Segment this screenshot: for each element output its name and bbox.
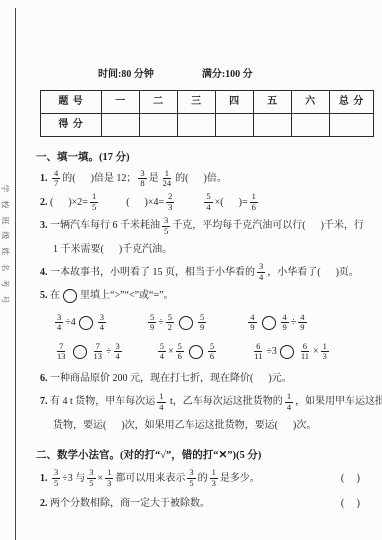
fraction: 56 [208,342,216,363]
section1-title: 一、填一填。(17 分) [36,151,374,165]
section1-questions: 1. 47的( )倍是 12；38是124的( )倍。2. ( )×2=15( … [40,169,374,436]
judge-answer-blank: ( ) [341,497,374,511]
fraction: 713 [92,342,105,363]
fraction: 35 [162,216,170,237]
text-run: ÷ [158,316,164,330]
question-line: 货物，要运( )次，如果用乙车运这批货物，要运( )次。 [40,415,374,435]
text-run: × [168,345,174,359]
time-label: 时间:80 分钟 [98,68,154,82]
fraction-denominator: 4 [157,403,165,413]
text-run: 5. [40,289,50,303]
text-run: 倍。 [207,172,227,186]
column-header: 一 [102,90,140,113]
text-run: ÷ [291,316,297,330]
fraction-denominator: 4 [285,403,293,413]
text-run: 的 [198,472,208,486]
comparison-circle [179,316,193,330]
score-cell [102,113,140,136]
margin-character: 号 [0,293,9,305]
column-header: 三 [178,90,216,113]
fraction-denominator: 4 [158,352,166,362]
comparison-circle [280,345,294,359]
fraction-denominator: 3 [105,479,113,489]
text-run: 都可以用来表示 [115,472,185,486]
fraction: 49 [298,313,306,334]
question-line: 2. 两个分数相除，商一定大于被除数。( ) [40,493,374,515]
score-cell [292,113,330,136]
section2-title: 二、数学小法官。(对的打“√”，错的打“✕”)(5 分) [36,449,374,463]
text-run: 6. [40,372,50,386]
score-label: 得 分 [41,113,102,136]
text-run: 一本故事书，小明看了 15 页，相当于小华看的 [50,266,255,280]
text-run: 1. [40,472,50,486]
margin-character: 级 [0,230,9,242]
fraction: 34 [98,313,106,334]
fraction: 54 [158,342,166,363]
score-cell [254,113,292,136]
score-row: 得 分 [41,113,374,136]
text-run: ×2= [72,196,88,210]
question-line: 1. 47的( )倍是 12；38是124的( )倍。 [40,169,374,190]
column-header: 总 分 [330,90,374,113]
fraction-denominator: 6 [176,352,184,362]
column-header: 六 [292,90,330,113]
answer-blank: ( ) [250,372,272,386]
text-run: 4. [40,266,50,280]
question-line: 713713÷3454×5656611÷3611×13 [40,340,374,364]
question-line: 3. 一辆汽车每行 6 千米耗油35千克，平均每千克汽油可以行( )千米，行 [40,216,374,237]
margin-character: 学 [0,182,9,194]
score-cell [140,113,178,136]
text-run: 两个分数相除，商一定大于被除数。 [50,497,210,511]
text-run: 在 [50,289,60,303]
text-run: ÷3 [266,345,277,359]
fraction-denominator: 4 [98,323,106,333]
text-run: 的 [175,172,185,186]
question-line: 5. 在里填上“>”“<”或“=”。 [40,286,374,306]
text-run: ÷4 [65,316,76,330]
text-run: 元。 [272,372,292,386]
fraction: 35 [52,468,60,489]
text-run: 2. [40,196,50,210]
fraction: 14 [285,392,293,413]
text-run: 货物，要运 [53,419,103,433]
comparison-circle [189,345,203,359]
fraction-denominator: 5 [52,479,60,489]
fraction-denominator: 7 [52,179,60,189]
fraction: 35 [187,468,195,489]
text-run: 1 千米需要 [53,243,101,257]
fraction-numerator: 1 [157,392,165,403]
binding-line [15,8,16,540]
fraction: 611 [252,342,264,363]
text-run: 一辆汽车每行 6 千米耗油 [50,219,160,233]
text-run: ，小华看了 [267,266,317,280]
score-table: 题 号一二三四五六总 分得 分 [40,90,374,137]
fraction: 35 [87,468,95,489]
column-header: 二 [140,90,178,113]
text-run: 1. [40,172,50,186]
text-run: × [313,345,319,359]
judge-answer-blank: ( ) [341,472,374,486]
fraction-denominator: 13 [92,352,105,362]
text-run: 千克汽油。 [122,243,172,257]
fraction: 56 [176,342,184,363]
fraction-denominator: 4 [257,273,265,283]
fraction-denominator: 11 [299,352,311,362]
comparison-circle [262,316,276,330]
text-run: 7. [40,395,50,409]
column-header: 五 [254,90,292,113]
text-run: 页。 [339,266,359,280]
fraction: 124 [161,169,174,190]
text-run: 的 [62,172,72,186]
margin-character: 姓 [0,246,9,258]
answer-blank: ( ) [185,172,207,186]
fraction-denominator: 9 [281,323,289,333]
fraction: 13 [321,342,329,363]
exam-page: 学校班级姓名考号 时间:80 分钟 满分:100 分 题 号一二三四五六总 分得… [0,0,382,540]
binding-margin-text: 学校班级姓名考号 [0,178,12,309]
fraction-denominator: 5 [90,203,98,213]
fraction: 34 [257,262,265,283]
margin-character: 名 [0,261,9,273]
text-run: 3. [40,219,50,233]
text-run: 千克，平均每千克汽油可以行 [172,219,302,233]
score-cell [178,113,216,136]
fraction-denominator: 3 [321,352,329,362]
text-run: = [242,196,248,210]
exam-meta: 时间:80 分钟 满分:100 分 [40,68,374,82]
text-run: 2. [40,497,50,511]
fraction: 49 [248,313,256,334]
fraction-denominator: 2 [166,323,174,333]
comparison-circle [63,289,77,303]
fraction-denominator: 5 [187,479,195,489]
fraction: 34 [114,342,122,363]
answer-blank: ( ) [50,196,72,210]
question-line: 34÷43459÷52594949÷49 [40,311,374,335]
text-run: 倍是 12； [94,172,137,186]
fraction: 59 [198,313,206,334]
fraction-denominator: 11 [252,352,264,362]
question-line: 6. 一种商品原价 200 元，现在打七折，现在降价( )元。 [40,369,374,389]
section2-questions: 1. 35÷3 与35×13都可以用来表示35的13是多少。( )2. 两个分数… [40,468,374,515]
answer-blank: ( ) [126,196,148,210]
question-number-label: 题 号 [41,90,102,113]
fraction-denominator: 9 [298,323,306,333]
answer-blank: ( ) [72,172,94,186]
column-header: 四 [216,90,254,113]
fraction: 14 [157,392,165,413]
fraction-denominator: 6 [250,203,258,213]
text-run: ×4= [148,196,164,210]
fraction: 38 [138,169,146,190]
comparison-circle [79,316,93,330]
section-true-false: 二、数学小法官。(对的打“√”，错的打“✕”)(5 分) 1. 35÷3 与35… [40,449,374,514]
fraction: 16 [250,192,258,213]
answer-blank: ( ) [101,243,123,257]
fraction-denominator: 9 [148,323,156,333]
fraction: 13 [105,468,113,489]
text-run: t，乙车每次运这批货物的 [168,395,283,409]
fraction: 13 [210,468,218,489]
text-run: ÷3 与 [62,472,85,486]
score-table-header-row: 题 号一二三四五六总 分 [41,90,374,113]
fraction: 59 [148,313,156,334]
question-line: 4. 一本故事书，小明看了 15 页，相当于小华看的34，小华看了( )页。 [40,262,374,283]
fraction: 15 [90,192,98,213]
margin-character: 班 [0,214,9,226]
fraction-denominator: 8 [138,179,146,189]
text-run: 次。 [296,419,316,433]
full-score-label: 满分:100 分 [202,68,253,82]
fraction-denominator: 4 [204,203,212,213]
answer-blank: ( ) [302,219,324,233]
fraction-denominator: 3 [166,203,174,213]
text-run: 有 4 t 货物，甲车每次运 [50,395,155,409]
fraction-denominator: 3 [210,479,218,489]
fraction-numerator: 1 [285,392,293,403]
fraction: 54 [204,192,212,213]
text-run: × [98,472,104,486]
fraction: 49 [281,313,289,334]
text-run: 千米，行 [324,219,364,233]
text-run: 是多少。 [220,472,260,486]
fraction-denominator: 9 [248,323,256,333]
answer-blank: ( ) [103,419,125,433]
fraction-denominator: 6 [208,352,216,362]
fraction-denominator: 9 [198,323,206,333]
question-line: 1 千米需要( )千克汽油。 [40,239,374,259]
text-run: 是 [149,172,159,186]
fraction: 34 [55,313,63,334]
fraction-denominator: 5 [87,479,95,489]
fraction: 47 [52,169,60,190]
text-run: 次，如果用乙车运这批货物，要运 [125,419,275,433]
fraction-denominator: 4 [55,323,63,333]
question-line: 7. 有 4 t 货物，甲车每次运14 t，乙车每次运这批货物的14，如果用甲车… [40,392,374,413]
text-run: ÷ [106,345,112,359]
text-run: 里填上“>”“<”或“=”。 [80,289,174,303]
answer-blank: ( ) [275,419,297,433]
text-run: 一种商品原价 200 元，现在打七折，现在降价 [50,372,250,386]
fraction-denominator: 5 [162,227,170,237]
section-fill-in-blanks: 一、填一填。(17 分) 1. 47的( )倍是 12；38是124的( )倍。… [40,151,374,436]
fraction-numerator: 3 [162,216,170,227]
fraction: 52 [166,313,174,334]
fraction: 611 [299,342,311,363]
text-run: ，如果用甲车运这批 [295,395,382,409]
fraction-denominator: 24 [161,179,174,189]
fraction: 713 [55,342,68,363]
score-cell [216,113,254,136]
answer-blank: ( ) [220,196,242,210]
question-line: 2. ( )×2=15( )×4=2354×( )=16 [40,192,374,213]
score-cell [330,113,374,136]
margin-character: 考 [0,277,9,289]
answer-blank: ( ) [317,266,339,280]
question-line: 1. 35÷3 与35×13都可以用来表示35的13是多少。( ) [40,468,374,490]
fraction-denominator: 13 [55,352,68,362]
fraction-denominator: 4 [114,352,122,362]
margin-character: 校 [0,198,9,210]
exam-content: 时间:80 分钟 满分:100 分 题 号一二三四五六总 分得 分 一、填一填。… [40,0,374,518]
fraction: 23 [166,192,174,213]
comparison-circle [73,345,87,359]
